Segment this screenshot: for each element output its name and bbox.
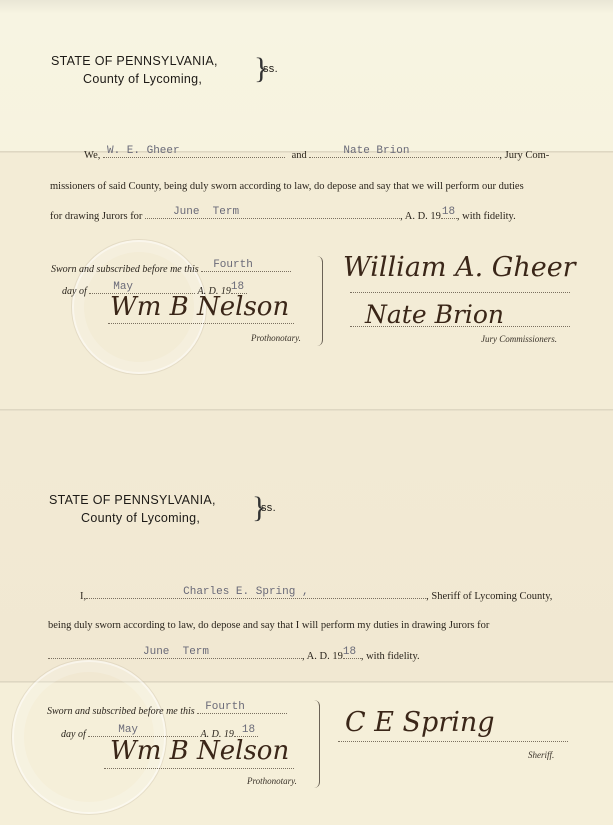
commissioner2-field: Nate Brion	[309, 148, 499, 158]
term-field: June Term	[145, 209, 400, 219]
jury-commissioners-label: Jury Commissioners.	[481, 334, 557, 344]
oath-line-1: We, W. E. Gheer and Nate Brion, Jury Com…	[84, 148, 549, 161]
sheriff-jurat-line-1: Sworn and subscribed before me this Four…	[47, 704, 287, 717]
brace-icon	[313, 700, 320, 788]
county-label: County of Lycoming,	[81, 511, 200, 525]
sheriff-oath-line-3: June Term, A. D. 1918, with fidelity.	[48, 649, 420, 662]
year-field: 18	[441, 209, 457, 219]
sheriff-oath-line-2: being duly sworn according to law, do de…	[48, 620, 489, 631]
sheriff-signature: C E Spring	[345, 707, 495, 738]
sheriff-year-field: 18	[343, 649, 361, 659]
ss-label: ss.	[263, 63, 278, 75]
brace-icon	[316, 256, 323, 346]
commissioner1-field: W. E. Gheer	[103, 148, 285, 158]
fold-line	[0, 409, 613, 411]
jurat-day-field: Fourth	[201, 262, 291, 272]
commissioner1-signature: William A. Gheer	[343, 252, 576, 283]
we-label: We,	[84, 150, 100, 161]
prothonotary-signature: Wm B Nelson	[110, 292, 289, 322]
and-label: and	[292, 150, 307, 161]
sheriff-oath-line-1: I,Charles E. Spring ,, Sheriff of Lycomi…	[80, 589, 552, 602]
sheriff-jurat-day-field: Fourth	[197, 704, 287, 714]
sheriff-label: Sheriff.	[528, 750, 554, 760]
state-label: STATE OF PENNSYLVANIA,	[51, 54, 218, 68]
prothonotary-signature: Wm B Nelson	[110, 736, 289, 766]
oath-line-2: missioners of said County, being duly sw…	[50, 181, 524, 192]
paper-panel-3	[0, 410, 613, 682]
prothonotary-label: Prothonotary.	[247, 776, 297, 786]
ss-label: ss.	[261, 502, 276, 514]
sheriff-name-field: Charles E. Spring ,	[86, 589, 426, 599]
sheriff-term-field: June Term	[48, 649, 302, 659]
oath-line-3: for drawing Jurors for June Term, A. D. …	[50, 209, 516, 222]
jurat-line-1: Sworn and subscribed before me this Four…	[51, 262, 291, 275]
commissioner2-signature: Nate Brion	[365, 300, 504, 329]
county-label: County of Lycoming,	[83, 72, 202, 86]
state-label: STATE OF PENNSYLVANIA,	[49, 493, 216, 507]
prothonotary-label: Prothonotary.	[251, 333, 301, 343]
